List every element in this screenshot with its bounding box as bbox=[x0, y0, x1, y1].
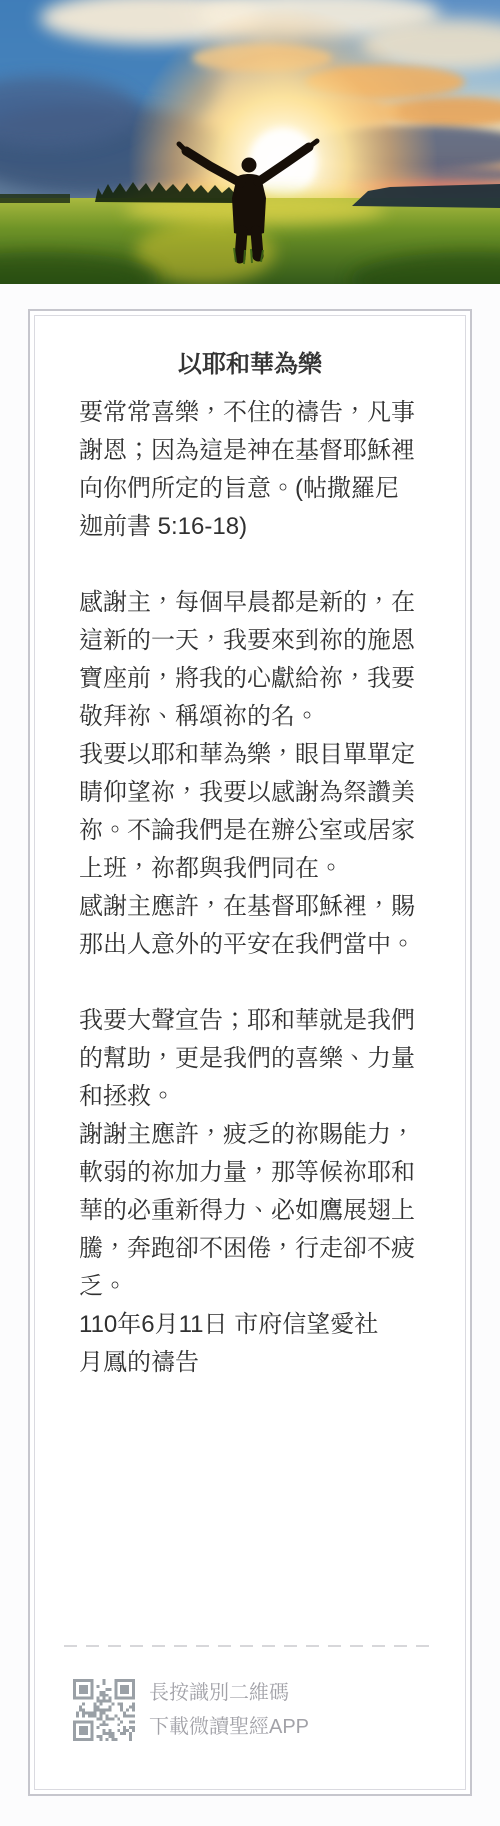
prayer-paragraph: 感謝主，每個早晨都是新的，在這新的一天，我要來到祢的施恩寶座前，將我的心獻給祢，… bbox=[79, 584, 421, 736]
card-inner-border: 以耶和華為樂 要常常喜樂，不住的禱告，凡事謝恩；因為這是神在基督耶穌裡向你們所定… bbox=[34, 315, 466, 1790]
qr-label-line2: 下載微讀聖經APP bbox=[149, 1715, 309, 1740]
sunrise-field-image bbox=[0, 0, 500, 284]
scripture-paragraph: 要常常喜樂，不住的禱告，凡事謝恩；因為這是神在基督耶穌裡向你們所定的旨意。(帖撒… bbox=[79, 394, 421, 546]
dashed-divider bbox=[64, 1645, 436, 1647]
qr-label-line1: 長按識別二維碼 bbox=[149, 1681, 309, 1706]
card-title: 以耶和華為樂 bbox=[35, 316, 465, 384]
author-line: 月鳳的禱告 bbox=[79, 1344, 421, 1382]
prayer-paragraph: 感謝主應許，在基督耶穌裡，賜那出人意外的平安在我們當中。 bbox=[79, 888, 421, 964]
date-author-line: 110年6月11日 市府信望愛社 bbox=[79, 1306, 421, 1344]
card-body: 要常常喜樂，不住的禱告，凡事謝恩；因為這是神在基督耶穌裡向你們所定的旨意。(帖撒… bbox=[35, 384, 465, 1382]
prayer-paragraph: 謝謝主應許，疲乏的祢賜能力，軟弱的祢加力量，那等候祢耶和華的必重新得力、必如鷹展… bbox=[79, 1116, 421, 1306]
devotional-card: 以耶和華為樂 要常常喜樂，不住的禱告，凡事謝恩；因為這是神在基督耶穌裡向你們所定… bbox=[28, 309, 472, 1796]
qr-code-icon[interactable] bbox=[73, 1679, 135, 1741]
hero-photo bbox=[0, 0, 500, 284]
qr-footer: 長按識別二維碼 下載微讀聖經APP bbox=[73, 1679, 309, 1741]
qr-labels: 長按識別二維碼 下載微讀聖經APP bbox=[149, 1681, 309, 1740]
prayer-paragraph: 我要以耶和華為樂，眼目單單定睛仰望祢，我要以感謝為祭讚美祢。不論我們是在辦公室或… bbox=[79, 736, 421, 888]
prayer-paragraph: 我要大聲宣告；耶和華就是我們的幫助，更是我們的喜樂、力量和拯救。 bbox=[79, 1002, 421, 1116]
